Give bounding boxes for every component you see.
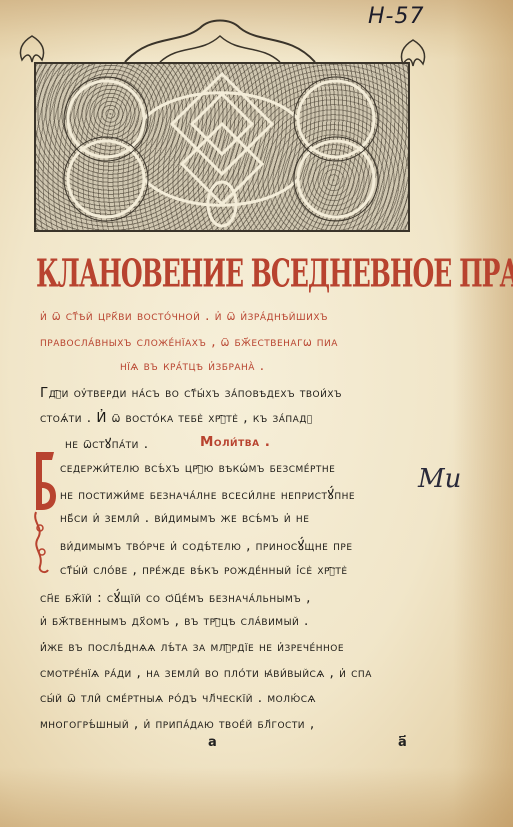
rubric-line: правосла́вныхъ сложе́нїахъ , ѿ бж҃ествен… xyxy=(40,334,338,350)
ornamental-headpiece xyxy=(34,62,410,232)
signature-mark: а xyxy=(208,735,217,750)
prayer-line: седержи́телю всѣ́хъ црⷭ҇ю вѣкѡ́мъ безсме… xyxy=(60,460,335,476)
prayer-line: и҆ бж҃твеннымъ дх҃омъ , въ трⷪ҇цѣ сла́ви… xyxy=(40,613,309,629)
handwritten-margin-note: Ми xyxy=(418,464,461,494)
shelf-mark: Н-57 xyxy=(368,4,424,29)
rubric-line: и҆ ѿ ст҃ѣй црк҃ви восто́чной . и҆ ѿ и҆зр… xyxy=(40,308,328,324)
rubric-line: нїѧ въ кра́тцѣ и҆збрана̀ . xyxy=(120,358,265,374)
body-line: Гдⷭ҇и оу҆тверди на́съ во ст҃ы́хъ за́повѣ… xyxy=(40,385,342,401)
prayer-line: многогрѣ́шный , и҆ припа́даю твое́й бл҃г… xyxy=(40,716,315,732)
body-line: не ѿстꙋпа́ти . xyxy=(65,434,149,452)
prayer-line: и҆́же въ послѣ́днѧѧ лѣ́та за млⷭ҇рдїе не… xyxy=(40,639,344,655)
decorated-initial-letter-icon xyxy=(30,448,60,576)
prayer-line: сы́й ѿ тли̑ сме́ртныѧ ро́дъ чл҃ческїй . … xyxy=(40,690,316,706)
prayer-line: смотре́нїѧ ра́ди , на земли̑ во пло́ти ꙗ… xyxy=(40,665,372,681)
body-line: стоѧ́ти . И҆ ѿ восто́ка тебѐ хрⷭ҇тѐ , къ… xyxy=(40,410,313,426)
page-title: КЛАНОВЕНИЕ ВСЕДНЕВНОЕ ПРАВОСЛАВНЫЙ xyxy=(36,240,410,308)
headpiece-crown-ornament-icon xyxy=(120,14,320,66)
section-heading: Моли́тва . xyxy=(200,434,270,450)
prayer-line: ст҃ы́й сло́ве , пре́жде вѣ́къ рожде́нный… xyxy=(60,562,348,578)
prayer-line: сн҃е бж҃їй : сꙋ́щїй со ѻ҆ц҃е́мъ безнача́… xyxy=(40,588,311,606)
prayer-line: ви́димымъ тво́рче и҆ содѣ́телю , приносꙋ… xyxy=(60,536,353,554)
signature-mark: а҃ xyxy=(398,735,407,750)
prayer-line: нб҃си и҆ земли̑ . ви́димымъ же всѣ́мъ и҆… xyxy=(60,510,309,526)
paper-stain-right xyxy=(453,0,513,827)
paper-stain-bottom xyxy=(0,767,513,827)
prayer-line: не постижи́ме безнача́лне всеси́лне непр… xyxy=(60,485,355,503)
interlace-knot-icon xyxy=(36,64,408,230)
